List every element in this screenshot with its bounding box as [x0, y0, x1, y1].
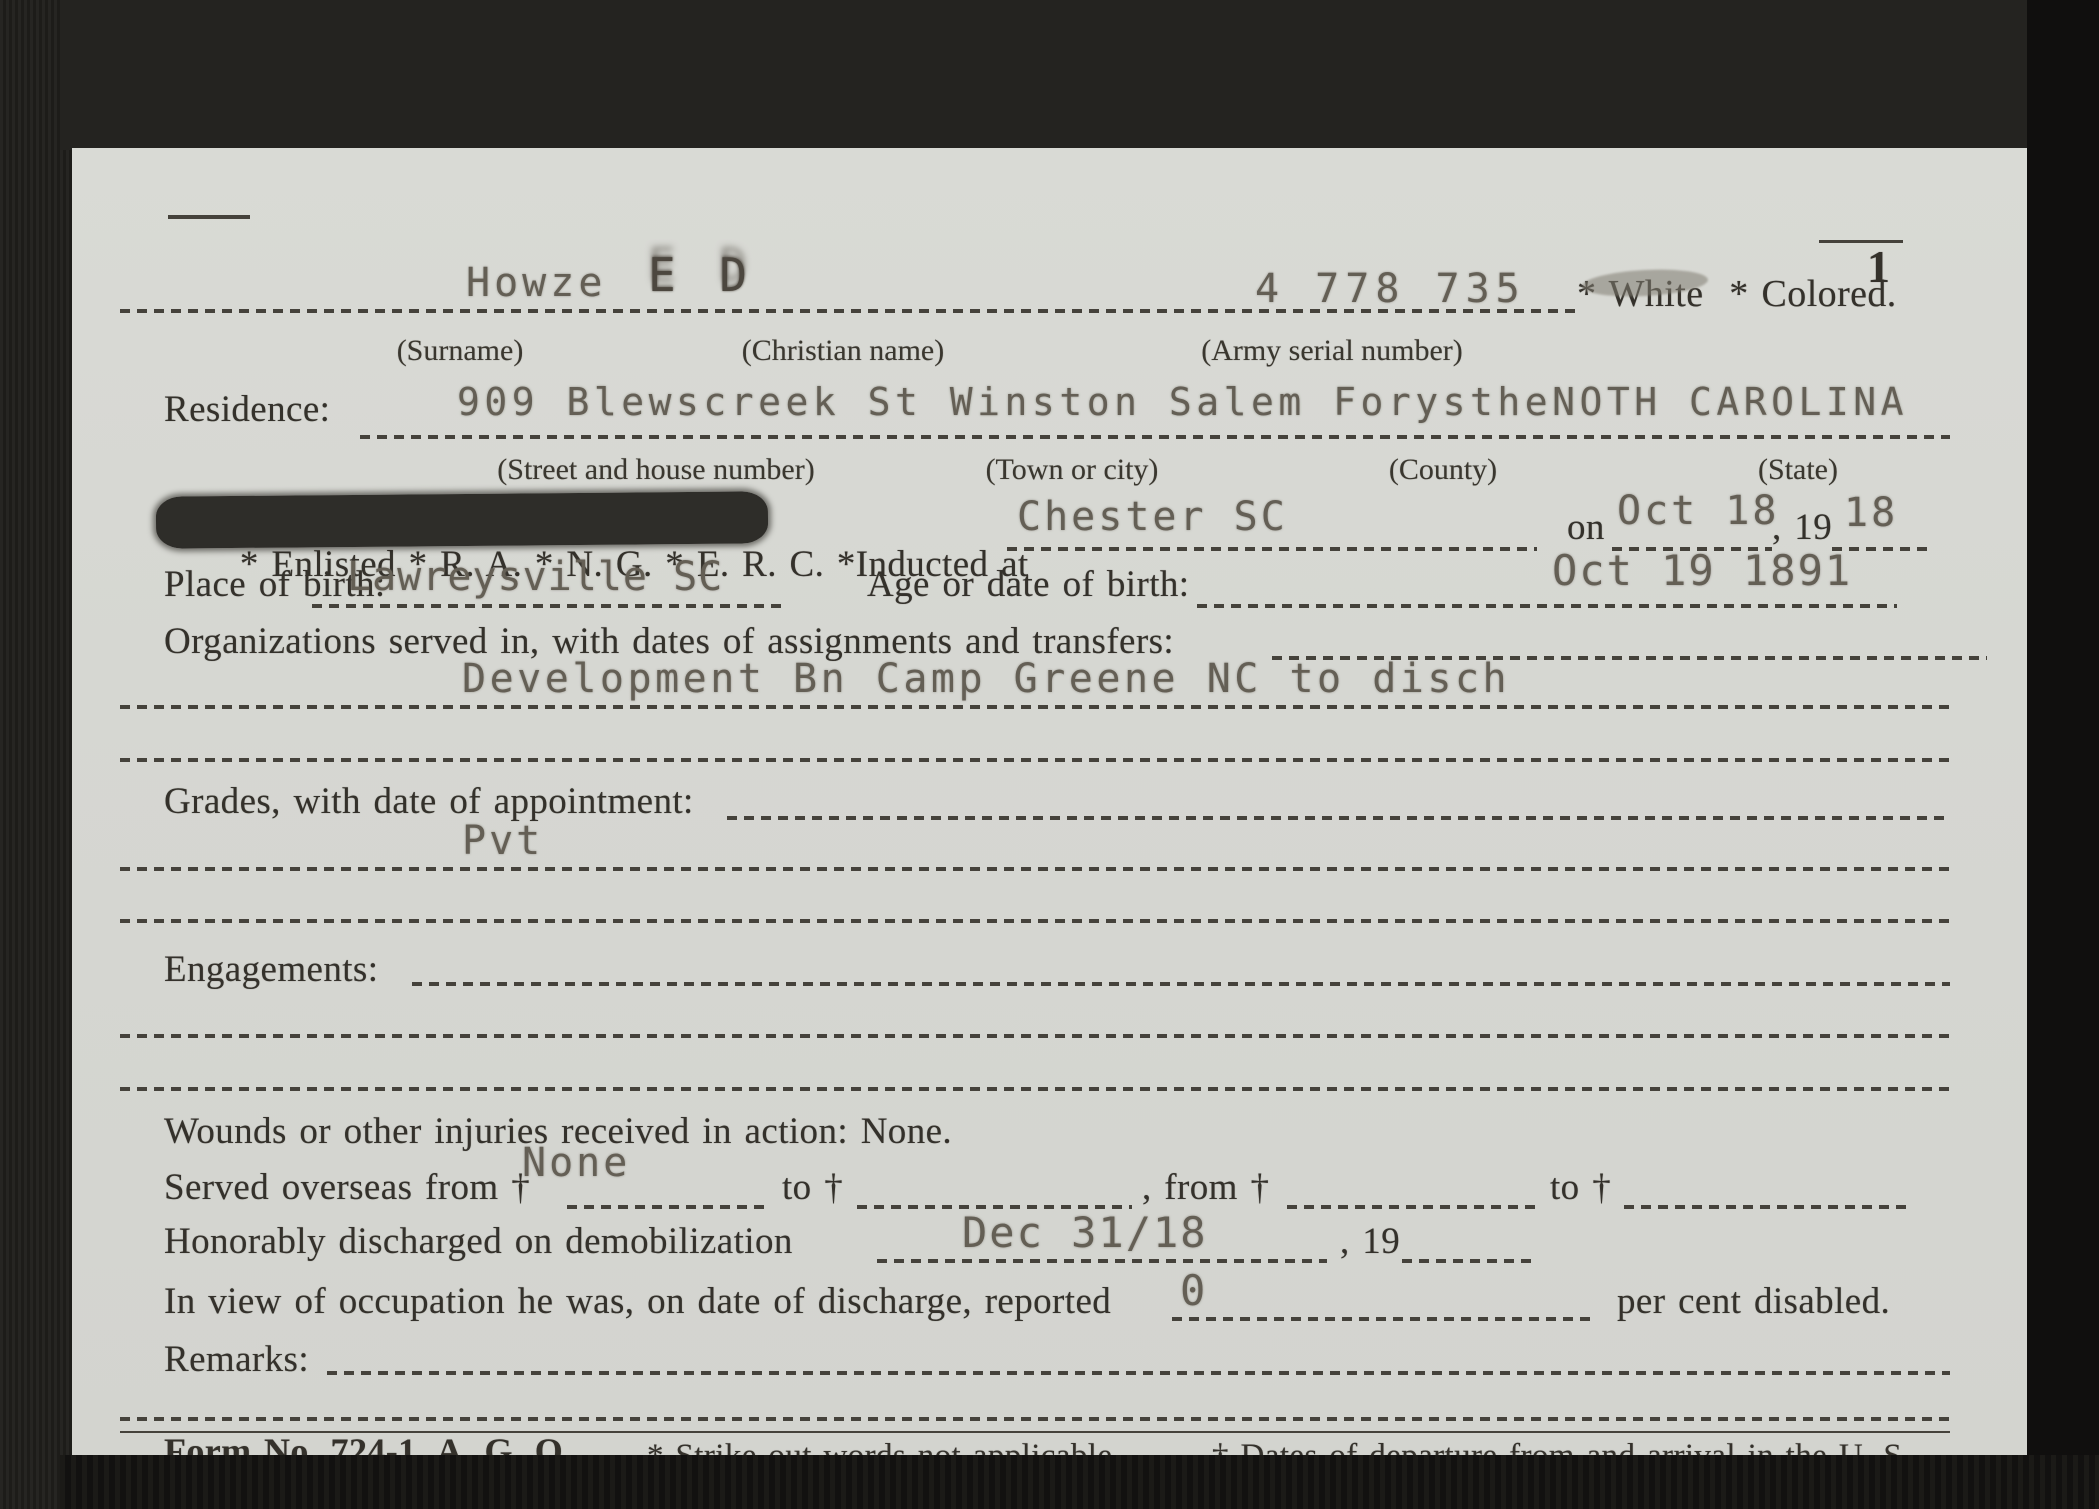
discharge-date-value: Dec 31/18: [962, 1208, 1208, 1257]
surname-value: Howze: [466, 260, 606, 306]
engagements-trailing-line: [412, 982, 1950, 986]
overseas-label: Served overseas from †: [164, 1166, 530, 1209]
remarks-label: Remarks:: [164, 1338, 309, 1381]
discharge-date-line: [877, 1259, 1327, 1263]
residence-line: [360, 435, 1950, 439]
scan-top-border: [60, 0, 2099, 150]
christian-name-label: (Christian name): [693, 334, 993, 368]
christian-name-value: E D: [648, 248, 755, 302]
overseas-to2-label: to †: [1550, 1166, 1611, 1209]
serial-number-label: (Army serial number): [1182, 334, 1482, 368]
overseas-line-1: [567, 1205, 767, 1209]
grades-trailing-line: [727, 816, 1950, 820]
street-label: (Street and house number): [481, 453, 831, 487]
on-label: on: [1567, 506, 1605, 549]
engagements-line-1: [120, 1034, 1950, 1038]
discharge-year-prefix: , 19: [1340, 1220, 1400, 1263]
place-of-birth-value: Lawreysville SC: [347, 554, 723, 600]
grades-label: Grades, with date of appointment:: [164, 780, 694, 823]
induction-date-value: Oct 18: [1617, 488, 1780, 534]
town-label: (Town or city): [922, 453, 1222, 487]
remarks-line-2: [120, 1417, 1950, 1421]
scanned-service-record: 1 Howze E D 4 778 735 * White * Colored.…: [0, 0, 2099, 1509]
disability-suffix-label: per cent disabled.: [1617, 1280, 1890, 1323]
scan-right-border: [2027, 0, 2099, 1509]
record-card: 1 Howze E D 4 778 735 * White * Colored.…: [72, 148, 2027, 1459]
induction-year-value: 18: [1844, 490, 1898, 536]
disability-line: [1172, 1317, 1592, 1321]
county-label: (County): [1318, 453, 1568, 487]
top-left-mark: [168, 215, 250, 219]
grades-line-1: [120, 867, 1950, 871]
surname-label: (Surname): [310, 334, 610, 368]
overseas-to1-label: to †: [782, 1166, 843, 1209]
enlistment-redaction-bar: [156, 491, 768, 548]
overseas-none-value: None: [522, 1140, 630, 1186]
overseas-line-4: [1624, 1205, 1909, 1209]
induction-year-prefix: , 19: [1772, 506, 1832, 549]
remarks-line-1: [327, 1371, 1950, 1375]
organizations-value: Development Bn Camp Greene NC to disch: [462, 656, 1510, 702]
dob-line: [1197, 604, 1897, 608]
inducted-place-line: [1007, 547, 1537, 551]
organizations-line-1: [120, 705, 1950, 709]
scan-bottom-border: [60, 1455, 2099, 1509]
grades-value: Pvt: [462, 818, 543, 864]
state-label: (State): [1673, 453, 1923, 487]
organizations-line-2: [120, 758, 1950, 762]
discharge-label: Honorably discharged on demobilization: [164, 1220, 793, 1263]
overseas-from2-label: , from †: [1142, 1166, 1269, 1209]
disability-value: 0: [1180, 1266, 1208, 1315]
inducted-place-value: Chester SC: [1017, 494, 1288, 540]
name-line: [120, 309, 1582, 313]
age-or-dob-label: Age or date of birth:: [867, 563, 1189, 606]
engagements-line-2: [120, 1087, 1950, 1091]
serial-number-value: 4 778 735: [1255, 266, 1526, 312]
grades-line-2: [120, 919, 1950, 923]
discharge-year-line: [1402, 1259, 1537, 1263]
dob-value: Oct 19 1891: [1552, 546, 1852, 595]
residence-value: 909 Blewscreek St Winston Salem Forysthe…: [457, 380, 1908, 424]
residence-label: Residence:: [164, 388, 330, 431]
place-of-birth-line: [312, 604, 782, 608]
disability-label: In view of occupation he was, on date of…: [164, 1280, 1111, 1323]
scan-binding-edge: [0, 0, 72, 1509]
overseas-line-3: [1287, 1205, 1537, 1209]
engagements-label: Engagements:: [164, 948, 378, 991]
